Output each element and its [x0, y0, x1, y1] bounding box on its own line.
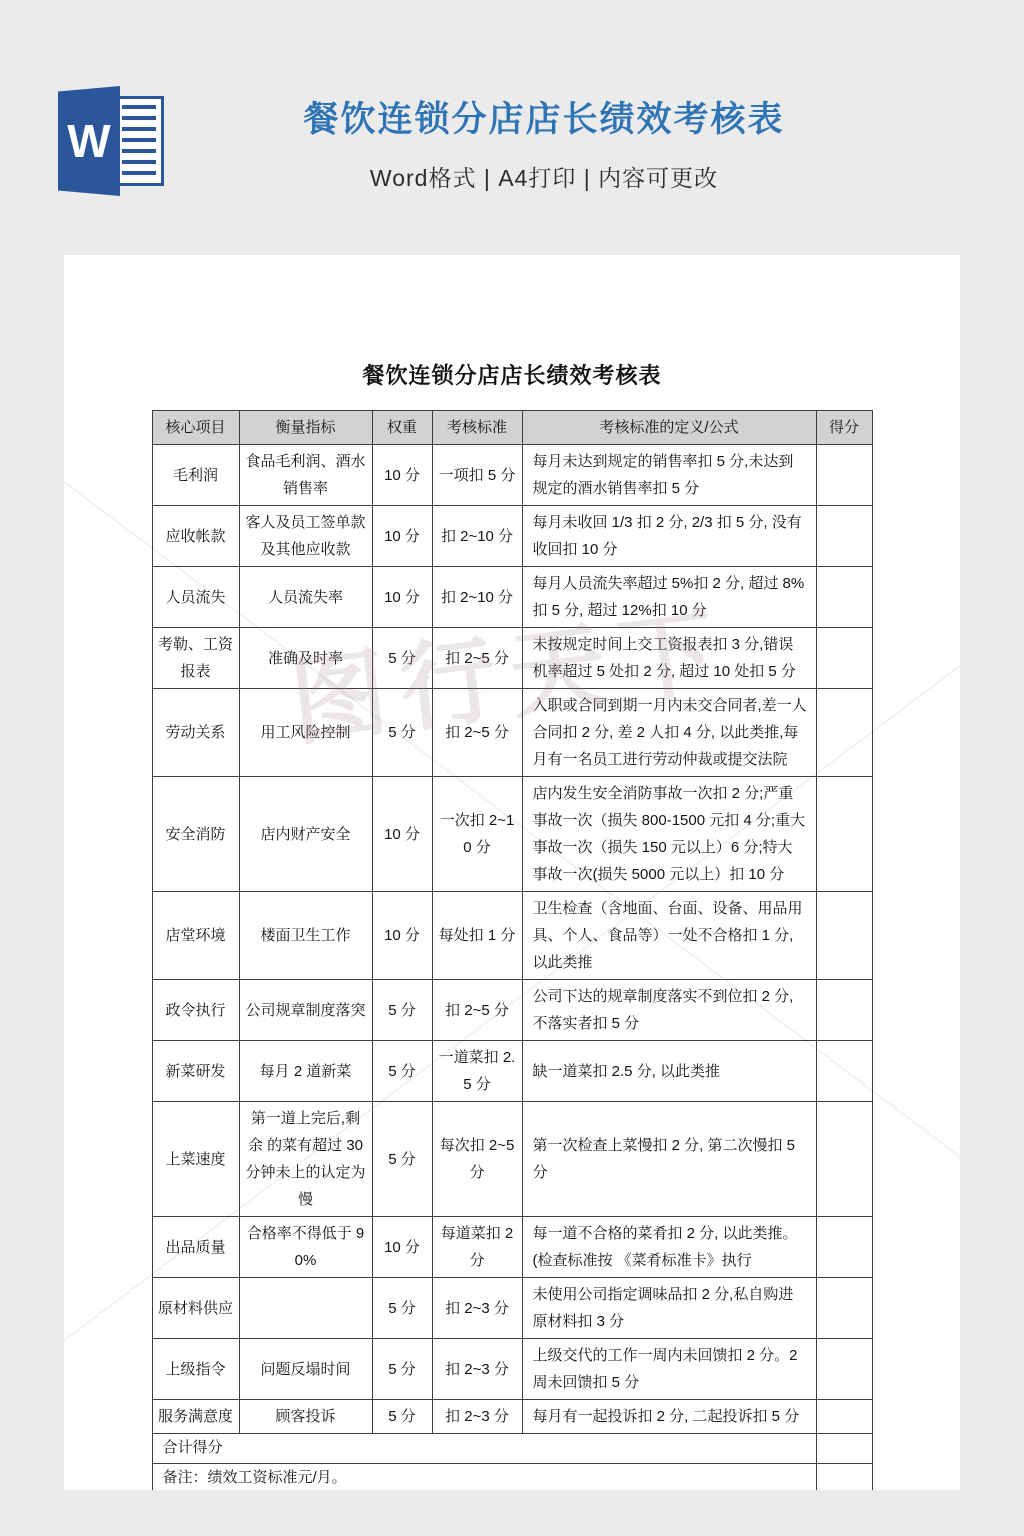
row-weight: 10 分 — [372, 567, 432, 628]
row-definition: 每一道不合格的菜肴扣 2 分, 以此类推。(检查标准按 《菜肴标准卡》执行 — [522, 1217, 816, 1278]
table-footer-row: 合计得分 — [152, 1434, 872, 1464]
banner-title: 餐饮连锁分店店长绩效考核表 — [224, 92, 864, 142]
row-item: 人员流失 — [152, 567, 239, 628]
table-row: 安全消防店内财产安全10 分一次扣 2~10 分店内发生安全消防事故一次扣 2 … — [152, 777, 872, 892]
row-standard: 扣 2~5 分 — [432, 628, 522, 689]
row-score — [816, 777, 872, 892]
row-definition: 入职或合同到期一月内未交合同者,差一人合同扣 2 分, 差 2 人扣 4 分, … — [522, 689, 816, 777]
word-logo-icon: W — [58, 86, 170, 196]
table-row: 新菜研发每月 2 道新菜5 分一道菜扣 2.5 分缺一道菜扣 2.5 分, 以此… — [152, 1041, 872, 1102]
row-definition: 公司下达的规章制度落实不到位扣 2 分,不落实者扣 5 分 — [522, 980, 816, 1041]
row-weight: 10 分 — [372, 1217, 432, 1278]
table-footer-row: 备注：绩效工资标准元/月。 — [152, 1464, 872, 1491]
row-score — [816, 1400, 872, 1434]
row-item: 政令执行 — [152, 980, 239, 1041]
row-standard: 一项扣 5 分 — [432, 445, 522, 506]
row-score — [816, 1339, 872, 1400]
table-row: 出品质量合格率不得低于 90%10 分每道菜扣 2 分每一道不合格的菜肴扣 2 … — [152, 1217, 872, 1278]
word-logo-page — [114, 96, 164, 186]
row-indicator: 公司规章制度落突 — [239, 980, 372, 1041]
row-definition: 每月未收回 1/3 扣 2 分, 2/3 扣 5 分, 没有收回扣 10 分 — [522, 506, 816, 567]
row-item: 服务满意度 — [152, 1400, 239, 1434]
row-definition: 缺一道菜扣 2.5 分, 以此类推 — [522, 1041, 816, 1102]
row-indicator — [239, 1278, 372, 1339]
col-header-weight: 权重 — [372, 411, 432, 445]
col-header-definition: 考核标准的定义/公式 — [522, 411, 816, 445]
col-header-standard: 考核标准 — [432, 411, 522, 445]
table-body: 毛利润食品毛利润、酒水销售率10 分一项扣 5 分每月未达到规定的销售率扣 5 … — [152, 445, 872, 1491]
row-item: 出品质量 — [152, 1217, 239, 1278]
table-row: 应收帐款客人及员工签单款及其他应收款10 分扣 2~10 分每月未收回 1/3 … — [152, 506, 872, 567]
row-weight: 5 分 — [372, 1339, 432, 1400]
row-indicator: 准确及时率 — [239, 628, 372, 689]
row-standard: 扣 2~3 分 — [432, 1339, 522, 1400]
document-preview: W 餐饮连锁分店店长绩效考核表 Word格式 | A4打印 | 内容可更改 图行… — [0, 0, 1024, 1536]
row-indicator: 客人及员工签单款及其他应收款 — [239, 506, 372, 567]
row-definition: 未按规定时间上交工资报表扣 3 分,错误机率超过 5 处扣 2 分, 超过 10… — [522, 628, 816, 689]
row-standard: 每道菜扣 2 分 — [432, 1217, 522, 1278]
row-weight: 5 分 — [372, 1102, 432, 1217]
row-weight: 5 分 — [372, 1400, 432, 1434]
row-standard: 每次扣 2~5 分 — [432, 1102, 522, 1217]
row-item: 考勒、工资报表 — [152, 628, 239, 689]
row-score — [816, 689, 872, 777]
table-row: 人员流失人员流失率10 分扣 2~10 分每月人员流失率超过 5%扣 2 分, … — [152, 567, 872, 628]
row-indicator: 问题反塌时间 — [239, 1339, 372, 1400]
table-row: 上级指令问题反塌时间5 分扣 2~3 分上级交代的工作一周内未回馈扣 2 分。2… — [152, 1339, 872, 1400]
row-standard: 一道菜扣 2.5 分 — [432, 1041, 522, 1102]
word-logo-letter: W — [58, 86, 120, 196]
row-score — [816, 567, 872, 628]
row-definition: 每月有一起投诉扣 2 分, 二起投诉扣 5 分 — [522, 1400, 816, 1434]
row-definition: 第一次检查上菜慢扣 2 分, 第二次慢扣 5 分 — [522, 1102, 816, 1217]
row-definition: 上级交代的工作一周内未回馈扣 2 分。2 周未回馈扣 5 分 — [522, 1339, 816, 1400]
banner-subtitle: Word格式 | A4打印 | 内容可更改 — [224, 160, 864, 193]
row-weight: 5 分 — [372, 1278, 432, 1339]
footer-score — [816, 1434, 872, 1464]
row-item: 毛利润 — [152, 445, 239, 506]
table-header-row: 核心项目 衡量指标 权重 考核标准 考核标准的定义/公式 得分 — [152, 411, 872, 445]
a4-page: 图行天下 餐饮连锁分店店长绩效考核表 核心项目 衡量指标 权重 考核标准 考核标… — [64, 255, 960, 1490]
footer-label: 备注：绩效工资标准元/月。 — [152, 1464, 816, 1491]
banner: W 餐饮连锁分店店长绩效考核表 Word格式 | A4打印 | 内容可更改 — [0, 0, 1024, 255]
row-definition: 每月人员流失率超过 5%扣 2 分, 超过 8%扣 5 分, 超过 12%扣 1… — [522, 567, 816, 628]
table-row: 毛利润食品毛利润、酒水销售率10 分一项扣 5 分每月未达到规定的销售率扣 5 … — [152, 445, 872, 506]
row-item: 原材料供应 — [152, 1278, 239, 1339]
table-row: 服务满意度顾客投诉5 分扣 2~3 分每月有一起投诉扣 2 分, 二起投诉扣 5… — [152, 1400, 872, 1434]
row-indicator: 店内财产安全 — [239, 777, 372, 892]
row-weight: 5 分 — [372, 689, 432, 777]
row-item: 安全消防 — [152, 777, 239, 892]
row-definition: 店内发生安全消防事故一次扣 2 分;严重事故一次（损失 800-1500 元扣 … — [522, 777, 816, 892]
row-weight: 10 分 — [372, 506, 432, 567]
table-row: 考勒、工资报表准确及时率5 分扣 2~5 分未按规定时间上交工资报表扣 3 分,… — [152, 628, 872, 689]
word-logo-page-lines — [122, 105, 156, 177]
row-indicator: 食品毛利润、酒水销售率 — [239, 445, 372, 506]
row-indicator: 每月 2 道新菜 — [239, 1041, 372, 1102]
row-definition: 每月未达到规定的销售率扣 5 分,未达到规定的酒水销售率扣 5 分 — [522, 445, 816, 506]
row-weight: 5 分 — [372, 628, 432, 689]
row-definition: 未使用公司指定调味品扣 2 分,私自购进原材料扣 3 分 — [522, 1278, 816, 1339]
table-row: 劳动关系用工风险控制5 分扣 2~5 分入职或合同到期一月内未交合同者,差一人合… — [152, 689, 872, 777]
row-score — [816, 1102, 872, 1217]
row-weight: 10 分 — [372, 892, 432, 980]
row-score — [816, 506, 872, 567]
row-indicator: 顾客投诉 — [239, 1400, 372, 1434]
document-title: 餐饮连锁分店店长绩效考核表 — [64, 359, 960, 390]
row-item: 上菜速度 — [152, 1102, 239, 1217]
row-standard: 每处扣 1 分 — [432, 892, 522, 980]
row-standard: 扣 2~10 分 — [432, 506, 522, 567]
row-score — [816, 980, 872, 1041]
footer-score — [816, 1464, 872, 1491]
table-row: 原材料供应5 分扣 2~3 分未使用公司指定调味品扣 2 分,私自购进原材料扣 … — [152, 1278, 872, 1339]
row-standard: 扣 2~5 分 — [432, 689, 522, 777]
row-standard: 扣 2~5 分 — [432, 980, 522, 1041]
row-indicator: 合格率不得低于 90% — [239, 1217, 372, 1278]
row-item: 店堂环境 — [152, 892, 239, 980]
row-weight: 5 分 — [372, 980, 432, 1041]
row-indicator: 用工风险控制 — [239, 689, 372, 777]
row-score — [816, 628, 872, 689]
row-item: 新菜研发 — [152, 1041, 239, 1102]
row-indicator: 人员流失率 — [239, 567, 372, 628]
col-header-indicator: 衡量指标 — [239, 411, 372, 445]
row-weight: 10 分 — [372, 777, 432, 892]
row-item: 上级指令 — [152, 1339, 239, 1400]
performance-review-table: 核心项目 衡量指标 权重 考核标准 考核标准的定义/公式 得分 毛利润食品毛利润… — [152, 410, 873, 1490]
row-score — [816, 1217, 872, 1278]
row-item: 劳动关系 — [152, 689, 239, 777]
row-standard: 扣 2~10 分 — [432, 567, 522, 628]
table-row: 上菜速度第一道上完后,剩余 的菜有超过 30 分钟未上的认定为慢5 分每次扣 2… — [152, 1102, 872, 1217]
col-header-score: 得分 — [816, 411, 872, 445]
row-weight: 10 分 — [372, 445, 432, 506]
row-score — [816, 445, 872, 506]
banner-text: 餐饮连锁分店店长绩效考核表 Word格式 | A4打印 | 内容可更改 — [224, 92, 864, 193]
row-score — [816, 1278, 872, 1339]
col-header-item: 核心项目 — [152, 411, 239, 445]
row-score — [816, 892, 872, 980]
row-standard: 扣 2~3 分 — [432, 1278, 522, 1339]
table-row: 店堂环境楼面卫生工作10 分每处扣 1 分卫生检查（含地面、台面、设备、用品用具… — [152, 892, 872, 980]
row-standard: 扣 2~3 分 — [432, 1400, 522, 1434]
row-indicator: 楼面卫生工作 — [239, 892, 372, 980]
footer-label: 合计得分 — [152, 1434, 816, 1464]
